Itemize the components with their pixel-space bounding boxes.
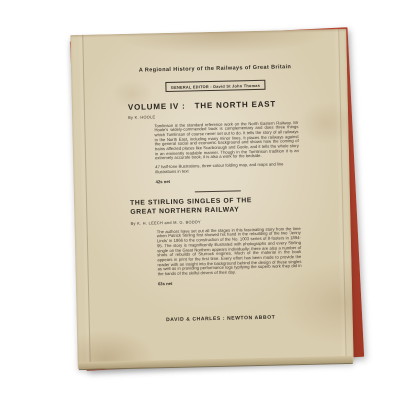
jacket-fold-line	[82, 35, 91, 369]
dust-jacket: A Regional History of the Railways of Gr…	[70, 29, 354, 369]
section-divider-rule	[195, 190, 241, 192]
stirling-blurb: The authors have set out all the stages …	[157, 227, 302, 277]
general-editor-box-wrap: GENERAL EDITOR : David St John Thomas	[127, 72, 303, 94]
photo-background: A Regional History of the Railways of Gr…	[0, 0, 416, 416]
publisher-imprint: DAVID & CHARLES : NEWTON ABBOT	[133, 314, 309, 324]
volume-blurb: Tomlinson is the standard reference work…	[154, 121, 299, 162]
stirling-price: 63s net	[158, 278, 308, 286]
volume-price: 42s net	[156, 176, 306, 184]
jacket-fold-line-right	[338, 29, 347, 363]
stirling-singles-title: THE STIRLING SINGLES OF THE GREAT NORTHE…	[130, 196, 306, 218]
book-back-cover-photo: A Regional History of the Railways of Gr…	[72, 26, 356, 372]
volume-title: VOLUME IV : THE NORTH EAST	[128, 98, 304, 111]
volume-author-line: By K. HOOLE	[128, 110, 304, 119]
jacket-printed-panel: A Regional History of the Railways of Gr…	[127, 64, 308, 287]
general-editor-box: GENERAL EDITOR : David St John Thomas	[166, 80, 265, 92]
illustrations-note: 47 half-tone illustrations, three-colour…	[155, 162, 299, 175]
stirling-authors-line: By K. H. LEECH and M. G. BODDY	[130, 217, 306, 226]
